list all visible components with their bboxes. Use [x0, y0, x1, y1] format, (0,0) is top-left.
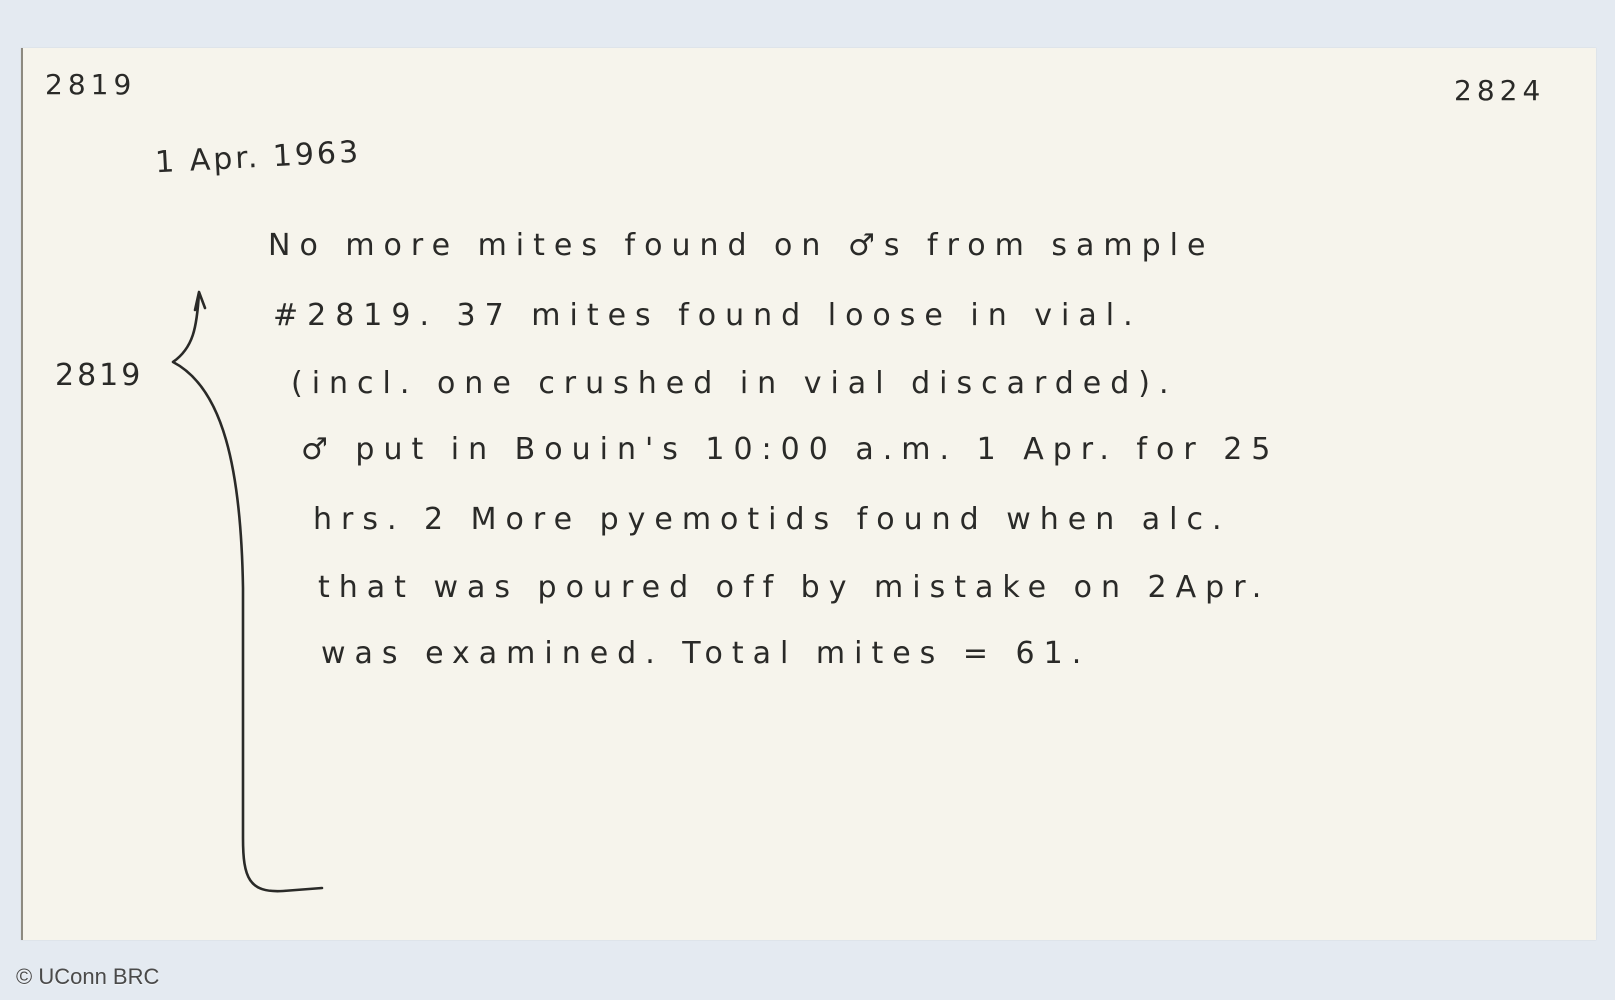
note-line-3: (incl. one crushed in vial discarded).: [291, 366, 1178, 401]
bracket-line-icon: [23, 48, 1596, 940]
margin-sample-label: 2819: [55, 358, 143, 393]
note-line-2: #2819. 37 mites found loose in vial.: [273, 298, 1142, 333]
note-line-5: hrs. 2 More pyemotids found when alc.: [313, 502, 1231, 537]
copyright-credit: © UConn BRC: [16, 964, 159, 990]
note-line-6: that was poured off by mistake on 2Apr.: [318, 570, 1270, 605]
note-line-7: was examined. Total mites = 61.: [321, 636, 1090, 671]
note-line-4: ♂ put in Bouin's 10:00 a.m. 1 Apr. for 2…: [301, 432, 1279, 467]
index-card: 2819 2824 1 Apr. 1963 2819 No more mites…: [21, 48, 1596, 940]
card-id-top-right: 2824: [1454, 74, 1545, 107]
note-line-1: No more mites found on ♂s from sample: [268, 228, 1214, 263]
card-date: 1 Apr. 1963: [154, 135, 362, 181]
card-id-top-left: 2819: [45, 68, 136, 101]
